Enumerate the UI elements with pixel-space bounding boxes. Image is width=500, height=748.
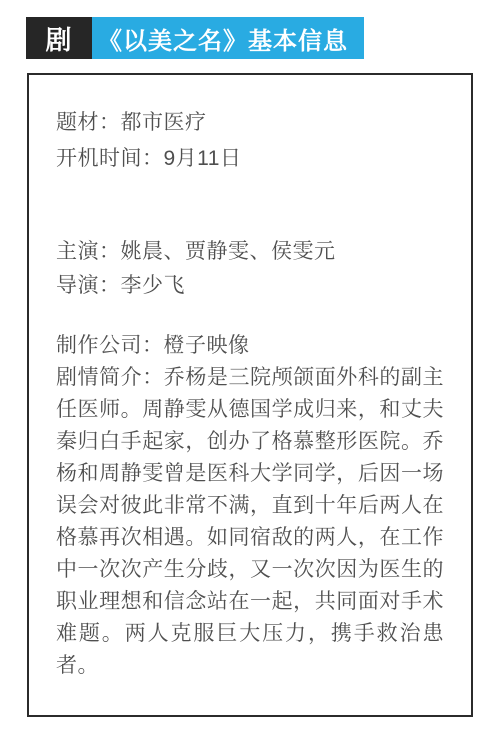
info-card: 题材：都市医疗 开机时间：9月11日 主演：姚晨、贾静雯、侯雯元 导演：李少飞 … — [27, 73, 473, 717]
production-group: 制作公司：橙子映像 剧情简介：乔杨是三院颅颌面外科的副主任医师。周静雯从德国学成… — [56, 330, 444, 682]
cast-label: 主演： — [56, 240, 121, 263]
credits-group: 主演：姚晨、贾静雯、侯雯元 导演：李少飞 — [56, 235, 444, 303]
start-date-label: 开机时间： — [56, 147, 164, 170]
director-value: 李少飞 — [121, 274, 186, 297]
company-label: 制作公司： — [56, 334, 164, 357]
genre-line: 题材：都市医疗 — [56, 105, 444, 141]
start-date-value: 9月11日 — [164, 147, 242, 170]
company-line: 制作公司：橙子映像 — [56, 330, 444, 362]
cast-value: 姚晨、贾静雯、侯雯元 — [121, 240, 336, 263]
director-label: 导演： — [56, 274, 121, 297]
company-value: 橙子映像 — [164, 334, 250, 357]
director-line: 导演：李少飞 — [56, 269, 444, 303]
basic-info-group: 题材：都市医疗 开机时间：9月11日 — [56, 105, 444, 177]
category-tag-badge: 剧 — [26, 17, 92, 59]
infographic-page: 剧 《以美之名》基本信息 题材：都市医疗 开机时间：9月11日 主演：姚晨、贾静… — [0, 0, 500, 748]
genre-label: 题材： — [56, 111, 121, 134]
cast-line: 主演：姚晨、贾静雯、侯雯元 — [56, 235, 444, 269]
start-date-line: 开机时间：9月11日 — [56, 141, 444, 177]
synopsis-label: 剧情简介： — [56, 366, 164, 389]
header: 剧 《以美之名》基本信息 — [26, 17, 364, 59]
synopsis-text: 乔杨是三院颅颌面外科的副主任医师。周静雯从德国学成归来，和丈夫秦归白手起家，创办… — [56, 366, 444, 677]
page-title: 《以美之名》基本信息 — [92, 17, 364, 59]
genre-value: 都市医疗 — [121, 111, 207, 134]
